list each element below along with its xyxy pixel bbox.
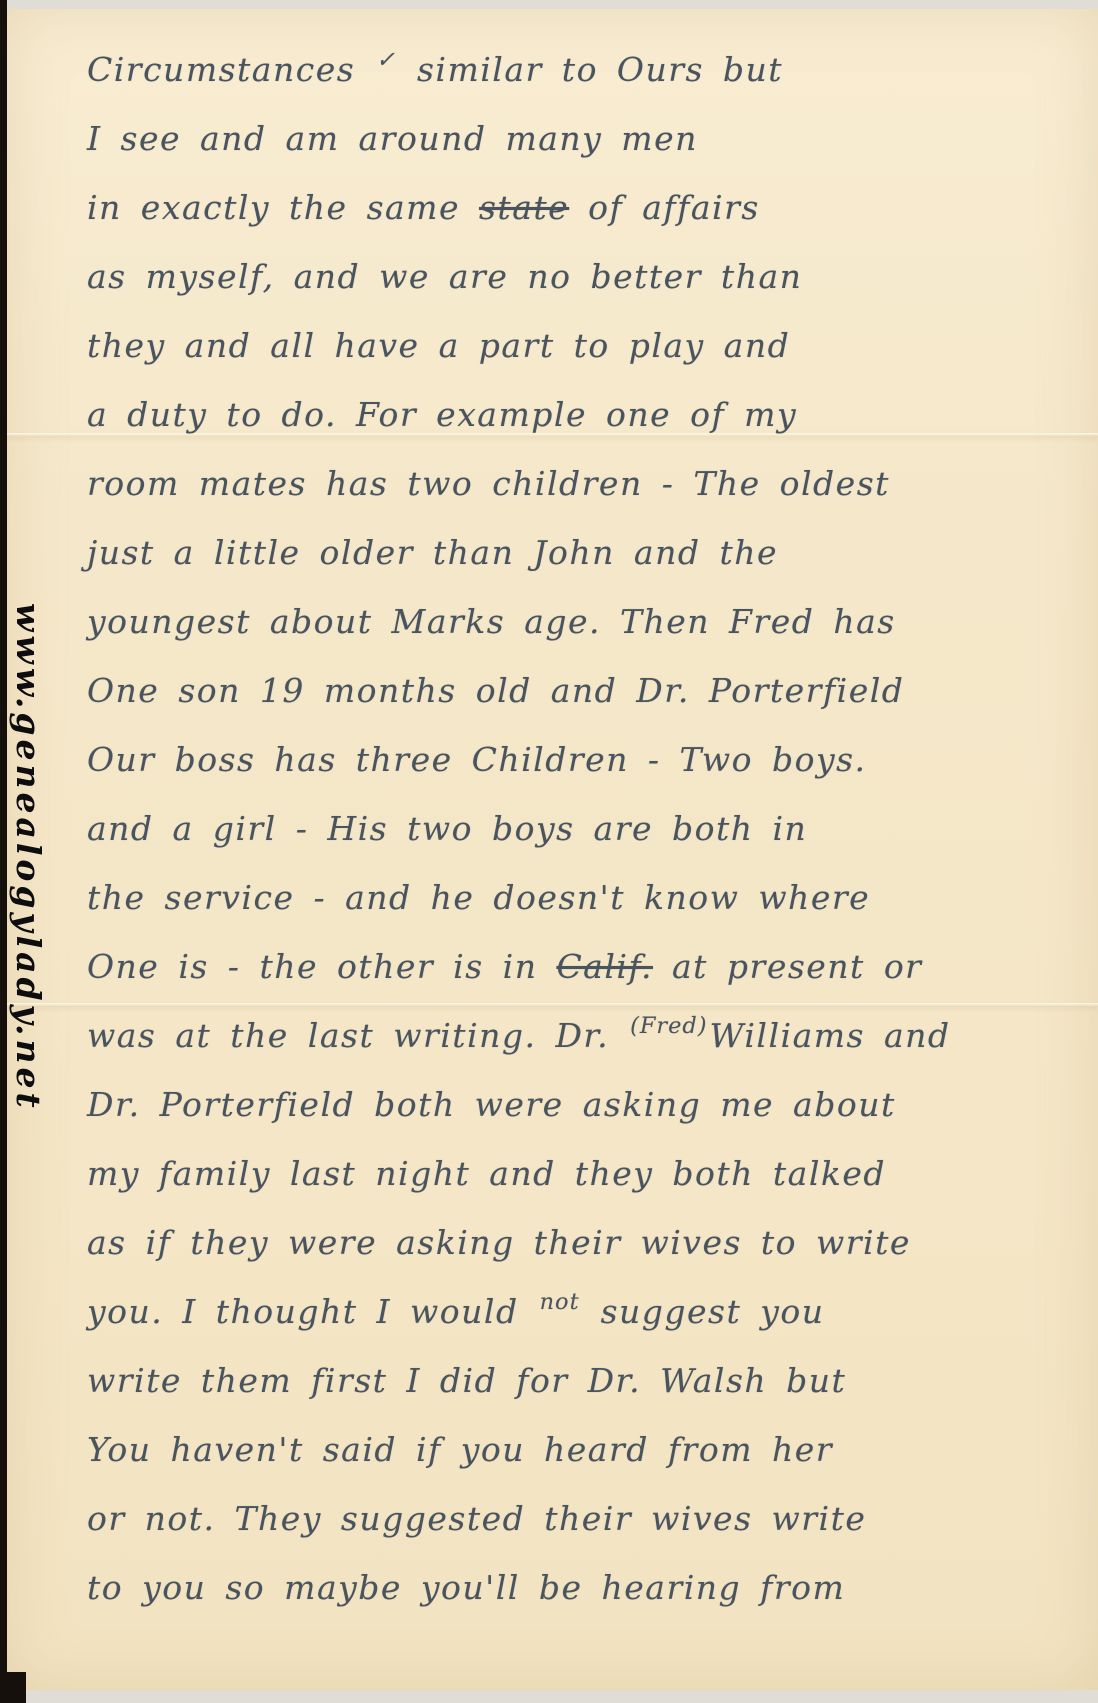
- letter-line: youngest about Marks age. Then Fred has: [87, 587, 1064, 656]
- handwriting-text: suggest you: [582, 1292, 825, 1331]
- letter-line: as if they were asking their wives to wr…: [87, 1208, 1064, 1277]
- letter-line: as myself, and we are no better than: [87, 242, 1064, 311]
- letter-line: One son 19 months old and Dr. Porterfiel…: [87, 656, 1064, 725]
- handwriting-text: One is - the other is in: [87, 947, 556, 986]
- letter-line: to you so maybe you'll be hearing from: [87, 1553, 1064, 1622]
- handwriting-text: One son 19 months old and Dr. Porterfiel…: [87, 671, 904, 710]
- letter-line: and a girl - His two boys are both in: [87, 794, 1064, 863]
- handwriting-text: I see and am around many men: [87, 119, 698, 158]
- letter-line: write them first I did for Dr. Walsh but: [87, 1346, 1064, 1415]
- handwriting-text: to you so maybe you'll be hearing from: [87, 1568, 845, 1607]
- letter-line: One is - the other is in Calif. at prese…: [87, 932, 1064, 1001]
- letter-line: You haven't said if you heard from her: [87, 1415, 1064, 1484]
- letter-line: or not. They suggested their wives write: [87, 1484, 1064, 1553]
- letter-line: a duty to do. For example one of my: [87, 380, 1064, 449]
- letter-line: they and all have a part to play and: [87, 311, 1064, 380]
- letter-line: Our boss has three Children - Two boys.: [87, 725, 1064, 794]
- handwriting-text: or not. They suggested their wives write: [87, 1499, 866, 1538]
- handwriting-text: my family last night and they both talke…: [87, 1154, 886, 1193]
- letter-line: room mates has two children - The oldest: [87, 449, 1064, 518]
- scan-edge-bottom-left: [0, 1672, 26, 1703]
- struck-out-word: Calif.: [556, 947, 653, 986]
- handwriting-text: Dr. Porterfield both were asking me abou…: [87, 1085, 896, 1124]
- handwriting-text: and a girl - His two boys are both in: [87, 809, 807, 848]
- handwriting-text: just a little older than John and the: [87, 533, 778, 572]
- handwriting-text: Circumstances: [87, 50, 374, 89]
- handwriting-text: they and all have a part to play and: [87, 326, 790, 365]
- handwriting-text: You haven't said if you heard from her: [87, 1430, 833, 1469]
- letter-line: I see and am around many men: [87, 104, 1064, 173]
- letter-lines: Circumstances ✓ similar to Ours butI see…: [87, 35, 1064, 1622]
- watermark-text: www.genealogylady.net: [9, 603, 48, 1112]
- letter-line: the service - and he doesn't know where: [87, 863, 1064, 932]
- handwriting-text: as myself, and we are no better than: [87, 257, 802, 296]
- handwriting-text: room mates has two children - The oldest: [87, 464, 890, 503]
- handwriting-text: youngest about Marks age. Then Fred has: [87, 602, 896, 641]
- letter-line: you. I thought I would not suggest you: [87, 1277, 1064, 1346]
- handwriting-text: of affairs: [569, 188, 760, 227]
- handwriting-text: similar to Ours but: [398, 50, 783, 89]
- inserted-annotation: (Fred): [630, 992, 707, 1061]
- struck-out-word: state: [479, 188, 569, 227]
- handwriting-text: at present or: [653, 947, 922, 986]
- letter-line: Circumstances ✓ similar to Ours but: [87, 35, 1064, 104]
- scan-edge-left: [0, 0, 7, 1703]
- letter-paper: Circumstances ✓ similar to Ours butI see…: [7, 9, 1098, 1690]
- letter-line: Dr. Porterfield both were asking me abou…: [87, 1070, 1064, 1139]
- handwriting-text: Williams and: [710, 1016, 951, 1055]
- handwriting-text: you. I thought I would: [87, 1292, 538, 1331]
- letter-line: was at the last writing. Dr. (Fred)Willi…: [87, 1001, 1064, 1070]
- handwriting-text: in exactly the same: [87, 188, 479, 227]
- handwriting-text: a duty to do. For example one of my: [87, 395, 797, 434]
- letter-line: just a little older than John and the: [87, 518, 1064, 587]
- handwriting-text: was at the last writing. Dr.: [87, 1016, 628, 1055]
- handwriting-text: the service - and he doesn't know where: [87, 878, 870, 917]
- handwriting-text: Our boss has three Children - Two boys.: [87, 740, 867, 779]
- letter-line: my family last night and they both talke…: [87, 1139, 1064, 1208]
- letter-line: in exactly the same state of affairs: [87, 173, 1064, 242]
- handwriting-text: as if they were asking their wives to wr…: [87, 1223, 911, 1262]
- inserted-annotation: ✓: [376, 26, 396, 95]
- inserted-annotation: not: [540, 1268, 580, 1337]
- handwriting-text: write them first I did for Dr. Walsh but: [87, 1361, 846, 1400]
